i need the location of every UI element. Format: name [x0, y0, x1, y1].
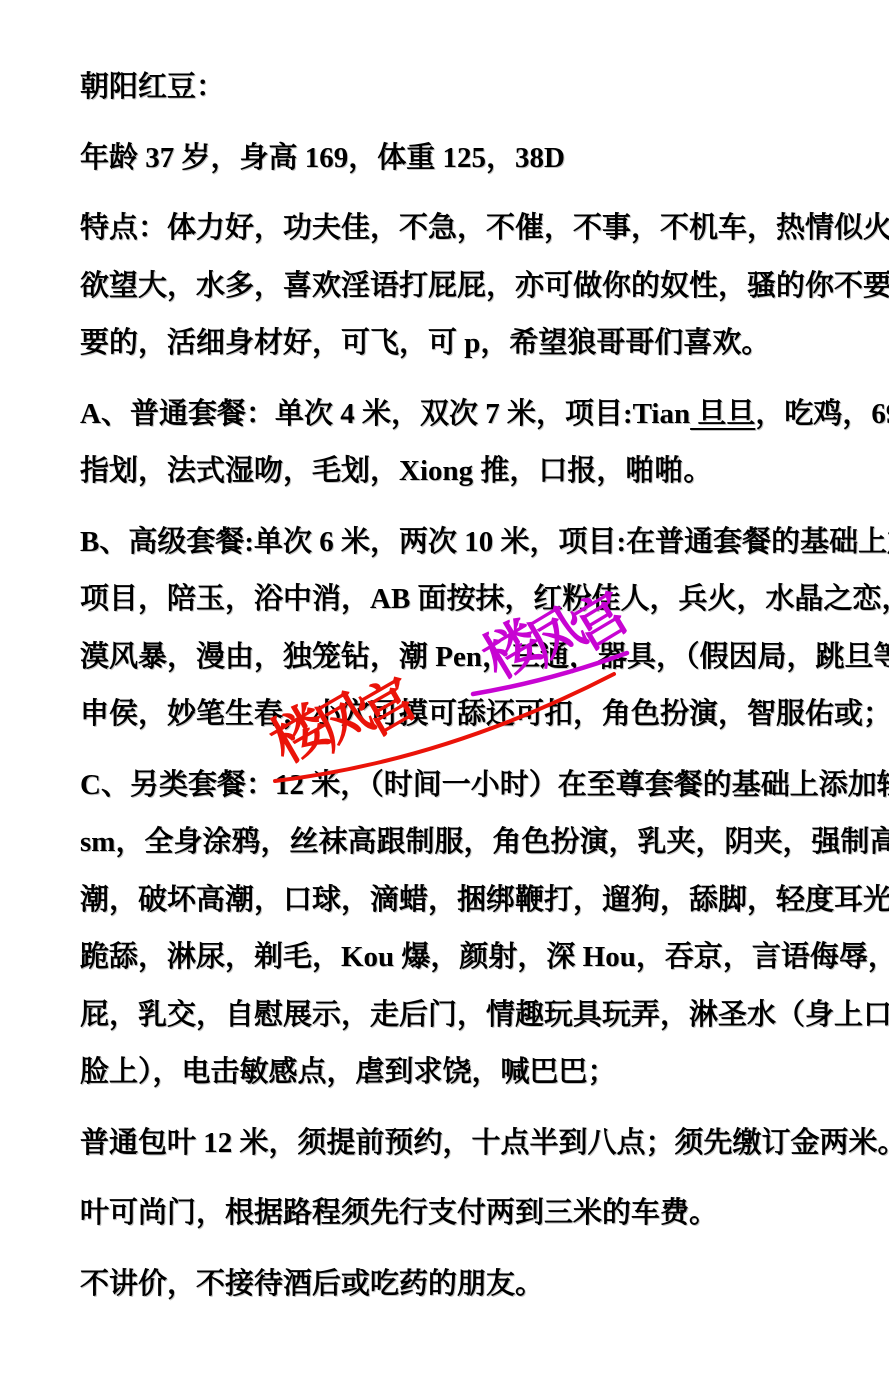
doc-line: 项目，陪玉，浴中消，AB 面按抹，红粉佳人，兵火，水晶之恋，沙	[80, 571, 870, 629]
doc-line: 潮，破坏高潮，口球，滴蜡，捆绑鞭打，遛狗，舔脚，轻度耳光，	[80, 872, 870, 930]
doc-line: 申侯，妙笔生春，小穴可摸可舔还可扣，角色扮演，智服佑或；	[80, 686, 870, 744]
doc-line: 特点：体力好，功夫佳，不急，不催，不事，不机车，热情似火，	[80, 200, 870, 258]
doc-line: 普通包叶 12 米，须提前预约，十点半到八点；须先缴订金两米。	[80, 1115, 870, 1173]
doc-line: A、普通套餐：单次 4 米，双次 7 米，项目:Tian 旦旦，吃鸡，69，	[80, 386, 870, 444]
doc-line: 要的，活细身材好，可飞，可 p，希望狼哥哥们喜欢。	[80, 315, 870, 373]
doc-line: 欲望大，水多，喜欢淫语打屁屁，亦可做你的奴性，骚的你不要不	[80, 258, 870, 316]
doc-line: 脸上），电击敏感点，虐到求饶，喊巴巴；	[80, 1044, 870, 1102]
doc-line: C、另类套餐：12 米，（时间一小时）在至尊套餐的基础上添加轻	[80, 757, 870, 815]
doc-line: B、高级套餐:单次 6 米，两次 10 米，项目:在普通套餐的基础上加	[80, 514, 870, 572]
paragraph-package-b: B、高级套餐:单次 6 米，两次 10 米，项目:在普通套餐的基础上加 项目，陪…	[80, 514, 870, 744]
doc-line: 不讲价，不接待酒后或吃药的朋友。	[80, 1256, 870, 1314]
doc-line-stats: 年龄 37 岁，身高 169，体重 125，38D	[80, 130, 870, 188]
paragraph-title: 朝阳红豆：	[80, 59, 870, 117]
doc-line: sm，全身涂鸦，丝袜高跟制服，角色扮演，乳夹，阴夹，强制高	[80, 814, 870, 872]
doc-line-title: 朝阳红豆：	[80, 59, 870, 117]
paragraph-package-c: C、另类套餐：12 米，（时间一小时）在至尊套餐的基础上添加轻 sm，全身涂鸦，…	[80, 757, 870, 1102]
paragraph-rules: 不讲价，不接待酒后或吃药的朋友。	[80, 1256, 870, 1314]
package-a-pre: A、普通套餐：单次 4 米，双次 7 米，项目:Tian	[80, 398, 690, 430]
paragraph-booking: 普通包叶 12 米，须提前预约，十点半到八点；须先缴订金两米。	[80, 1115, 870, 1173]
doc-line: 叶可尚门，根据路程须先行支付两到三米的车费。	[80, 1185, 870, 1243]
paragraph-features: 特点：体力好，功夫佳，不急，不催，不事，不机车，热情似火， 欲望大，水多，喜欢淫…	[80, 200, 870, 373]
doc-line: 屁，乳交，自慰展示，走后门，情趣玩具玩弄，淋圣水（身上口接	[80, 987, 870, 1045]
doc-line: 漠风暴，漫由，独笼钻，潮 Pen，三通，器具，（假因局，跳旦等）	[80, 629, 870, 687]
package-a-post: ，吃鸡，69，	[755, 398, 889, 430]
document-page: { "doc": { "p1": { "lines": ["朝阳红豆："] },…	[0, 0, 889, 1397]
doc-line: 指划，法式湿吻，毛划，Xiong 推，口报，啪啪。	[80, 443, 870, 501]
package-a-underlined: 旦旦	[690, 398, 755, 430]
doc-line: 跪舔，淋尿，剃毛，Kou 爆，颜射，深 Hou，吞京，言语侮辱，打屁	[80, 929, 870, 987]
document-body: 朝阳红豆： 年龄 37 岁，身高 169，体重 125，38D 特点：体力好，功…	[80, 59, 870, 1326]
paragraph-travel-fee: 叶可尚门，根据路程须先行支付两到三米的车费。	[80, 1185, 870, 1243]
paragraph-stats: 年龄 37 岁，身高 169，体重 125，38D	[80, 130, 870, 188]
paragraph-package-a: A、普通套餐：单次 4 米，双次 7 米，项目:Tian 旦旦，吃鸡，69， 指…	[80, 386, 870, 501]
